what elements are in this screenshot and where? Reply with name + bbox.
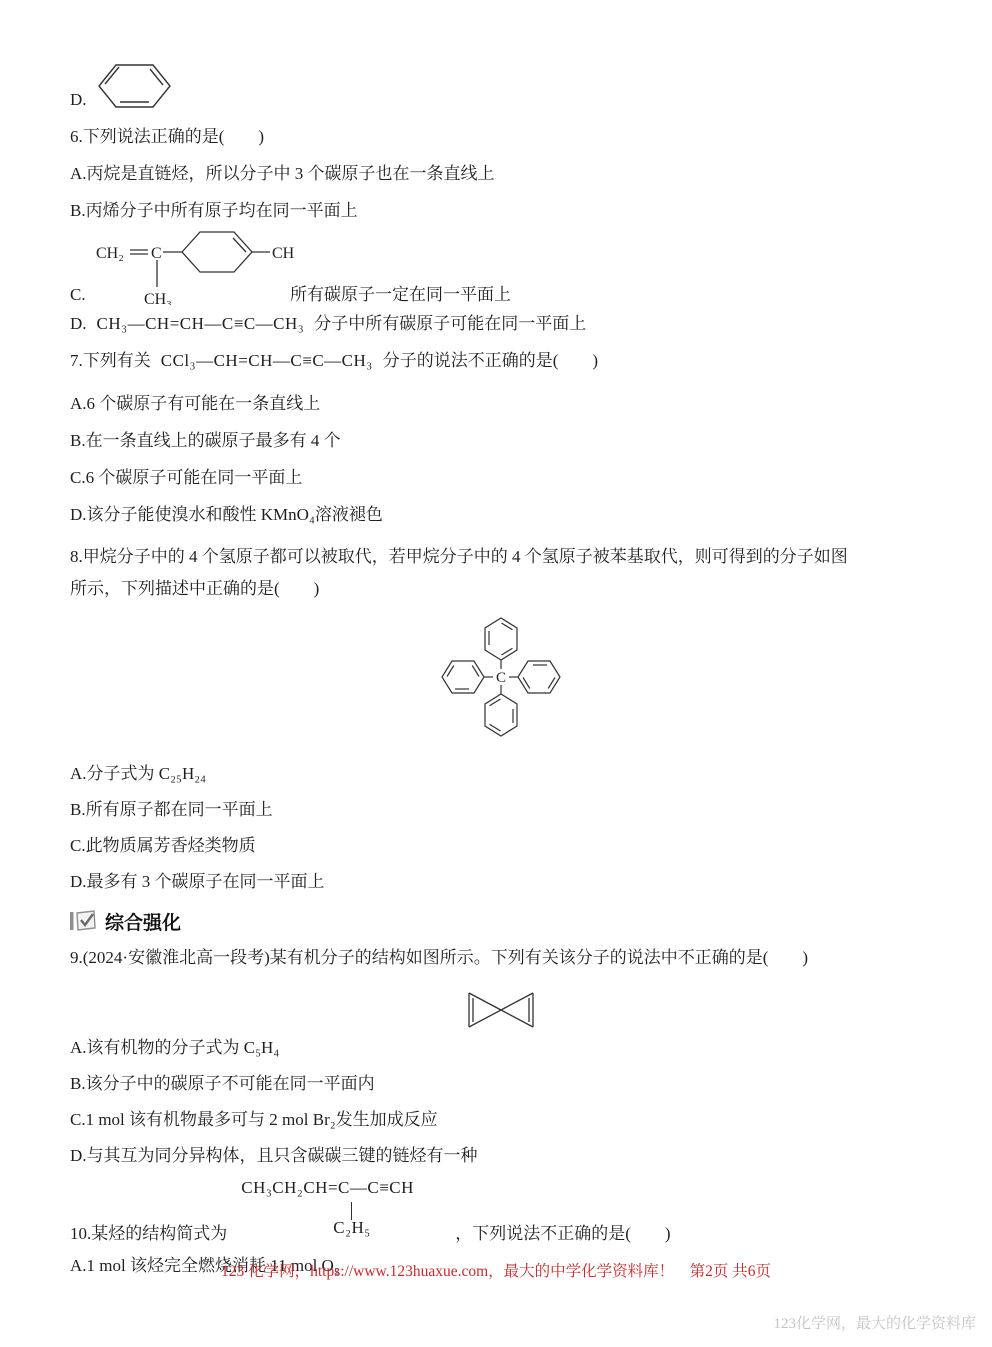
q6-option-a: A.丙烷是直链烃，所以分子中 3 个碳原子也在一条直线上 xyxy=(70,155,932,192)
q8-option-b: B.所有原子都在同一平面上 xyxy=(70,792,932,828)
q6-option-d-text: 分子中所有碳原子可能在同一平面上 xyxy=(314,314,586,333)
section-title: 综合强化 xyxy=(105,908,181,935)
q6-option-c: C. CH₂ C CH₃ CH₃ 所有碳原子一定在同一平面上 xyxy=(70,229,932,305)
spiropentadiene-bowtie-structure xyxy=(463,990,539,1030)
q9-stem: 9.(2024·安徽淮北高一段考)某有机分子的结构如图所示。下列有关该分子的说法… xyxy=(70,940,932,976)
checkbox-check-icon xyxy=(70,909,97,933)
watermark: 123化学网，最大的化学资料库 xyxy=(773,1312,976,1336)
q8-structure-wrap: C xyxy=(70,607,932,752)
q9-option-a: A.该有机物的分子式为 C₅H₄ xyxy=(70,1030,932,1066)
worksheet-page: D. 6.下列说法正确的是( ) A.丙烷是直链烃，所以分子中 3 个碳原子也在… xyxy=(0,0,992,1347)
q9-option-c: C.1 mol 该有机物最多可与 2 mol Br₂发生加成反应 xyxy=(70,1102,932,1138)
ch2-label: CH₂ xyxy=(96,245,124,262)
q7-option-d: D.该分子能使溴水和酸性 KMnO₄溶液褪色 xyxy=(70,496,932,533)
q9-option-d: D.与其互为同分异构体，且只含碳碳三键的链烃有一种 xyxy=(70,1138,932,1174)
q6-option-d-formula: CH₃—CH=CH—C≡C—CH₃ xyxy=(87,314,315,333)
q6-option-b: B.丙烯分子中所有原子均在同一平面上 xyxy=(70,192,932,229)
q8-option-c: C.此物质属芳香烃类物质 xyxy=(70,828,932,864)
enyne-main-chain: CH₃CH₂CH=C—C≡CH xyxy=(241,1178,414,1198)
ch3-branch-label: CH₃ xyxy=(144,291,172,305)
q7-stem: 7.下列有关CCl₃—CH=CH—C≡C—CH₃分子的说法不正确的是( ) xyxy=(70,342,932,379)
q6-stem: 6.下列说法正确的是( ) xyxy=(70,118,932,155)
q8-option-d: D.最多有 3 个碳原子在同一平面上 xyxy=(70,864,932,900)
tetraphenylmethane-structure: C xyxy=(431,607,571,747)
central-carbon-label: C xyxy=(496,670,506,686)
q7-stem-prefix: 7.下列有关 xyxy=(70,351,151,370)
isopropenyl-methylcyclohexene-structure: CH₂ C CH₃ CH₃ xyxy=(94,229,294,305)
benzene-ring-structure xyxy=(95,60,175,112)
q9-option-b: B.该分子中的碳原子不可能在同一平面内 xyxy=(70,1066,932,1102)
q6-option-c-label: C. xyxy=(70,285,86,305)
q10-stem: 10.某烃的结构简式为 CH₃CH₂CH=C—C≡CH C₂H₅ ，下列说法不正… xyxy=(70,1178,932,1244)
ch3-right-label: CH₃ xyxy=(272,245,294,262)
q7-option-a: A.6 个碳原子有可能在一条直线上 xyxy=(70,385,932,422)
q10-stem-suffix: ，下列说法不正确的是( ) xyxy=(455,1219,670,1244)
enyne-structure: CH₃CH₂CH=C—C≡CH C₂H₅ xyxy=(241,1178,449,1244)
q7-formula: CCl₃—CH=CH—C≡C—CH₃ xyxy=(151,351,383,370)
q7-option-b: B.在一条直线上的碳原子最多有 4 个 xyxy=(70,422,932,459)
q6-option-d: D.CH₃—CH=CH—C≡C—CH₃分子中所有碳原子可能在同一平面上 xyxy=(70,305,932,342)
q6-option-c-text: 所有碳原子一定在同一平面上 xyxy=(290,280,511,305)
q8-option-a: A.分子式为 C₂₅H₂₄ xyxy=(70,756,932,792)
q10-stem-prefix: 10.某烃的结构简式为 xyxy=(70,1219,227,1244)
q5-option-d-label: D. xyxy=(70,90,87,110)
section-header: 综合强化 xyxy=(70,908,932,934)
q6-option-d-label: D. xyxy=(70,314,87,333)
q7-stem-suffix: 分子的说法不正确的是( ) xyxy=(383,351,598,370)
footer-site-line: 123 化学网，https://www.123huaxue.com，最大的中学化… xyxy=(0,1260,992,1284)
q5-option-d: D. xyxy=(70,60,932,112)
q8-stem-line1: 8.甲烷分子中的 4 个氢原子都可以被取代，若甲烷分子中的 4 个氢原子被苯基取… xyxy=(70,541,932,573)
q8-stem-line2: 所示，下列描述中正确的是( ) xyxy=(70,573,932,605)
enyne-branch-label: C₂H₅ xyxy=(333,1218,370,1238)
q9-structure-wrap xyxy=(70,990,932,1030)
bowtie-bonds xyxy=(469,993,533,1027)
q7-options: A.6 个碳原子有可能在一条直线上 B.在一条直线上的碳原子最多有 4 个 C.… xyxy=(70,385,932,533)
c-label: C xyxy=(151,245,162,262)
q7-option-c: C.6 个碳原子可能在同一平面上 xyxy=(70,459,932,496)
q8-stem: 8.甲烷分子中的 4 个氢原子都可以被取代，若甲烷分子中的 4 个氢原子被苯基取… xyxy=(70,541,932,605)
benzene-ring-bonds xyxy=(99,65,170,107)
